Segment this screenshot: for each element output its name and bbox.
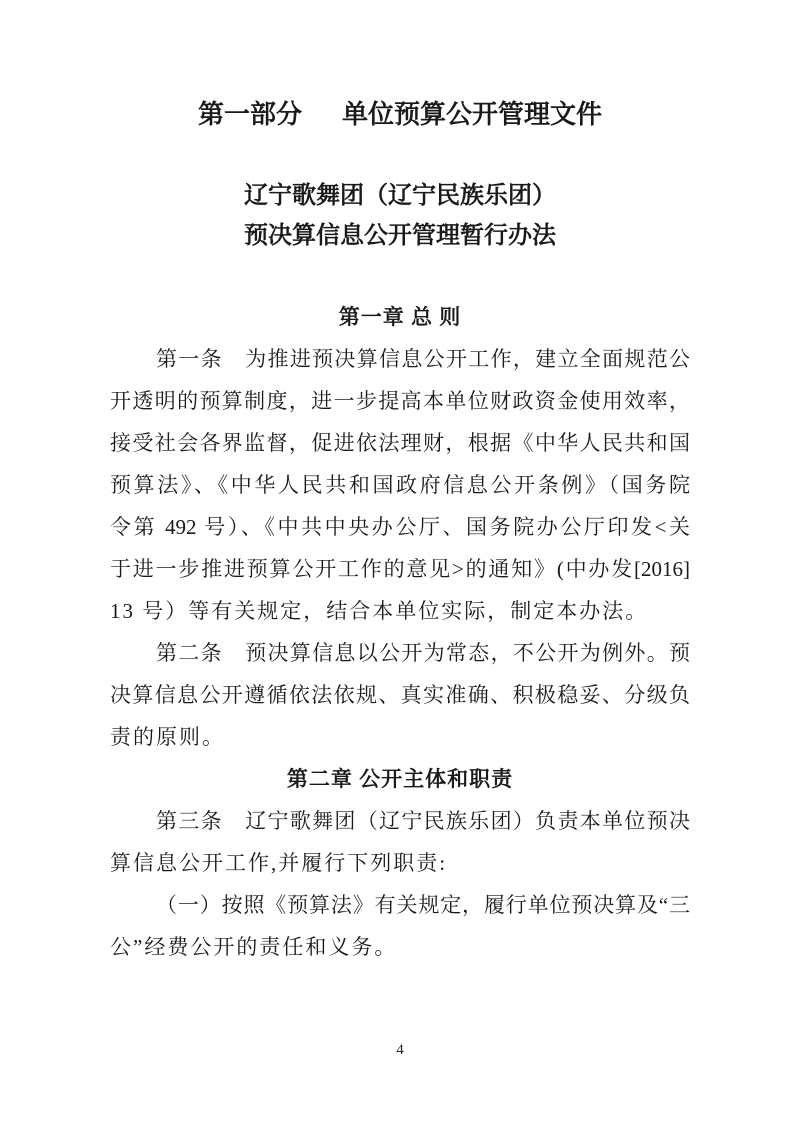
- body-line: 令第 492 号）、《中共中央办公厅、国务院办公厅印发<关: [110, 506, 690, 548]
- document-body: 第一章 总 则 第一条 为推进预决算信息公开工作，建立全面规范公 开透明的预算制…: [110, 296, 690, 968]
- body-line: 责的原则。: [110, 716, 690, 758]
- part-heading: 第一部分 单位预算公开管理文件: [0, 0, 800, 134]
- body-line: 公”经费公开的责任和义务。: [110, 926, 690, 968]
- body-line: 13 号）等有关规定，结合本单位实际，制定本办法。: [110, 590, 690, 632]
- chapter-1-heading: 第一章 总 则: [110, 296, 690, 338]
- body-line: 第一条 为推进预决算信息公开工作，建立全面规范公: [110, 338, 690, 380]
- document-title-line-1: 辽宁歌舞团（辽宁民族乐团）: [0, 176, 800, 216]
- body-line: 接受社会各界监督，促进依法理财，根据《中华人民共和国: [110, 422, 690, 464]
- body-line: 开透明的预算制度，进一步提高本单位财政资金使用效率，: [110, 380, 690, 422]
- part-title: 单位预算公开管理文件: [342, 96, 602, 134]
- body-line: （一）按照《预算法》有关规定，履行单位预决算及“三: [110, 884, 690, 926]
- document-title-line-2: 预决算信息公开管理暂行办法: [0, 216, 800, 256]
- body-line: 第二条 预决算信息以公开为常态，不公开为例外。预: [110, 632, 690, 674]
- body-line: 第三条 辽宁歌舞团（辽宁民族乐团）负责本单位预决: [110, 800, 690, 842]
- chapter-2-heading: 第二章 公开主体和职责: [110, 758, 690, 800]
- part-label: 第一部分: [198, 96, 302, 134]
- body-line: 预算法》、《中华人民共和国政府信息公开条例》（国务院: [110, 464, 690, 506]
- body-line: 决算信息公开遵循依法依规、真实准确、积极稳妥、分级负: [110, 674, 690, 716]
- document-title: 辽宁歌舞团（辽宁民族乐团） 预决算信息公开管理暂行办法: [0, 176, 800, 256]
- body-line: 于进一步推进预算公开工作的意见>的通知》(中办发[2016]: [110, 548, 690, 590]
- document-page: 第一部分 单位预算公开管理文件 辽宁歌舞团（辽宁民族乐团） 预决算信息公开管理暂…: [0, 0, 800, 1131]
- page-number: 4: [0, 1042, 800, 1059]
- body-line: 算信息公开工作,并履行下列职责:: [110, 842, 690, 884]
